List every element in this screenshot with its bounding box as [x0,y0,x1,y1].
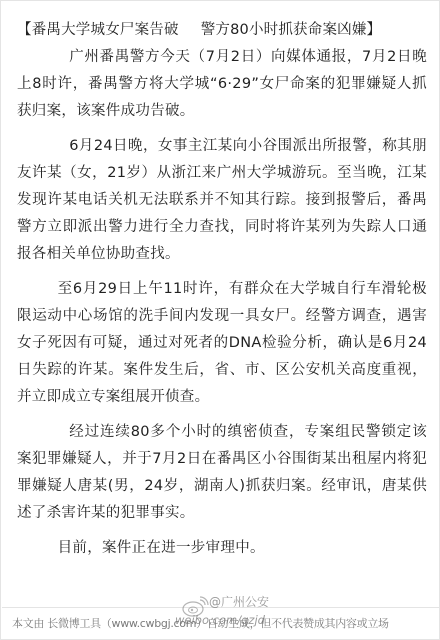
weibo-watermark: @广州公安 weibo.com/gzjd [173,593,313,633]
article-title: 【番禺大学城女尸案告破警方80小时抓获命案凶嫌】 [17,17,427,44]
paragraph-5: 目前，案件正在进一步审理中。 [17,535,427,562]
title-right: 警方80小时抓获命案凶嫌】 [201,22,382,38]
long-weibo-image: 【番禺大学城女尸案告破警方80小时抓获命案凶嫌】 广州番禺警方今天（7月2日）向… [0,0,440,640]
title-left: 【番禺大学城女尸案告破 [17,22,179,38]
paragraph-3: 至6月29日上午11时许，有群众在大学城自行车滑轮极限运动中心场馆的洗手间内发现… [17,276,427,411]
paragraph-1: 广州番禺警方今天（7月2日）向媒体通报，7月2日晚上8时许，番禺警方将大学城“6… [17,44,427,125]
watermark-url: weibo.com/gzjd [175,613,265,627]
watermark-handle: @广州公安 [209,593,269,610]
paragraph-2: 6月24日晚，女事主江某向小谷围派出所报警，称其朋友许某（女，21岁）从浙江来广… [17,133,427,268]
paragraph-4: 经过连续80多个小时的缜密侦查，专案组民警锁定该案犯罪嫌疑人，并于7月2日在番禺… [17,419,427,527]
article-body: 【番禺大学城女尸案告破警方80小时抓获命案凶嫌】 广州番禺警方今天（7月2日）向… [17,17,427,562]
